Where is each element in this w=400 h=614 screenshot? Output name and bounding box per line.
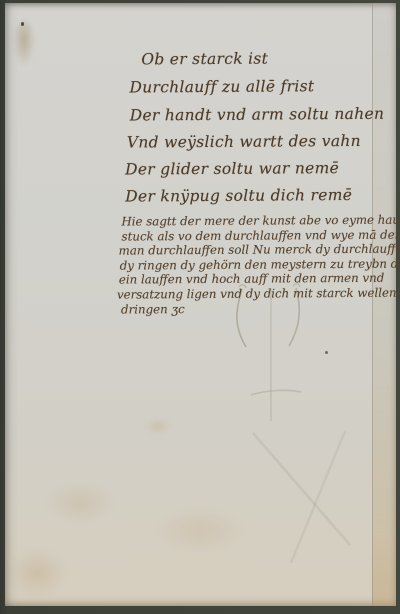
verse-line: Der glider soltu war nemē — [125, 159, 339, 178]
gloss-line: dringen ʒc — [121, 300, 400, 317]
gloss-paragraph: Hie sagtt der mere der kunst abe vo eyme… — [118, 213, 400, 317]
verse-line: Vnd weÿslich wartt des vahn — [127, 132, 361, 152]
manuscript-scan: Ob er starck ist Durchlauff zu allē fris… — [0, 0, 400, 614]
verse-line: Ob er starck ist — [141, 50, 268, 69]
gloss-line: man durchlauffen soll Nu merck dy durchl… — [119, 242, 400, 259]
verse-line: Der knÿpug soltu dich remē — [125, 186, 352, 206]
manuscript-page: Ob er starck ist Durchlauff zu allē fris… — [5, 3, 396, 606]
gloss-line: versatzung ligen vnd dy dich mit starck … — [117, 286, 400, 303]
gloss-line: Hie sagtt der mere der kunst abe vo eyme… — [121, 213, 400, 230]
verse-line: Der handt vnd arm soltu nahen — [130, 105, 385, 125]
verse-line: Durchlauff zu allē frist — [129, 77, 314, 96]
text-block: Ob er starck ist Durchlauff zu allē fris… — [3, 2, 398, 608]
